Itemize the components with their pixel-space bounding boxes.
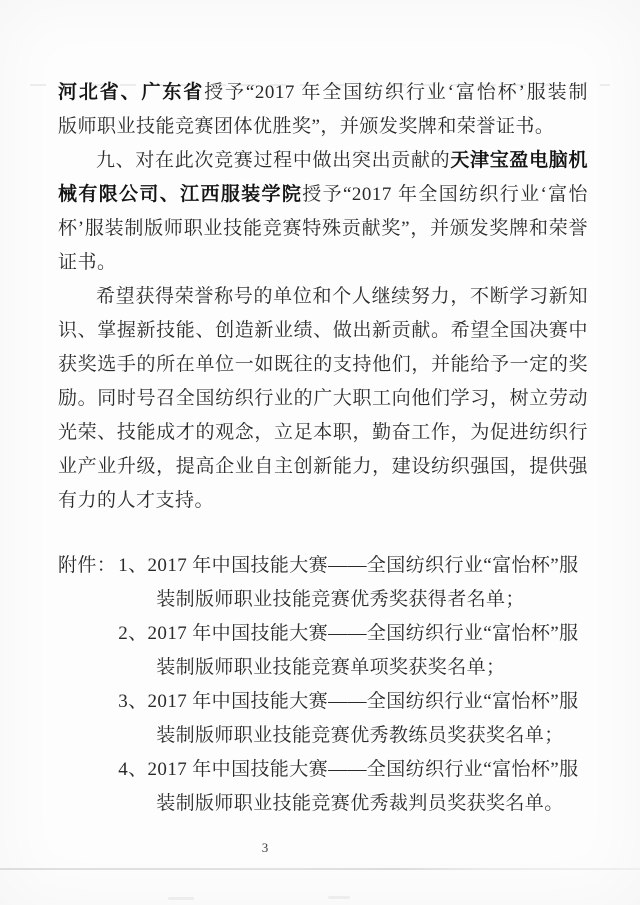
attachment-list: 1、2017 年中国技能大赛——全国纺织行业“富怡杯”服装制版师职业技能竞赛优秀… [118,549,603,821]
attachment-item: 3、2017 年中国技能大赛——全国纺织行业“富怡杯”服装制版师职业技能竞赛优秀… [118,685,603,753]
text-line: 获奖选手的所在单位一如既往的支持他们，并能给予一定的奖 [58,348,588,382]
text-line: 版师职业技能竞赛团体优胜奖”，并颁发奖牌和荣誉证书。 [58,110,588,144]
bold-text-segment: 河北省、广东省 [58,82,204,103]
text-segment: 获奖选手的所在单位一如既往的支持他们，并能给予一定的奖 [58,354,588,375]
text-line: 业产业升级，提高企业自主创新能力，建设纺织强国，提供强 [58,450,588,484]
attachment-item-line2: 装制版师职业技能竞赛优秀裁判员奖获奖名单。 [156,787,603,821]
attachment-item-text: 2017 年中国技能大赛——全国纺织行业“富怡杯”服 [148,691,579,712]
text-line: 希望获得荣誉称号的单位和个人继续努力，不断学习新知 [58,280,588,314]
attachment-item-line2: 装制版师职业技能竞赛优秀教练员奖获奖名单； [156,719,603,753]
attachment-item-text: 2017 年中国技能大赛——全国纺织行业“富怡杯”服 [148,759,579,780]
text-line: 河北省、广东省授予“2017 年全国纺织行业‘富怡杯’服装制 [58,76,588,110]
text-segment: 有力的人才支持。 [58,490,214,511]
attachment-item-text: 2017 年中国技能大赛——全国纺织行业“富怡杯”服 [148,623,579,644]
document-body: 河北省、广东省授予“2017 年全国纺织行业‘富怡杯’服装制版师职业技能竞赛团体… [58,76,588,518]
bold-text-segment: 天津宝盈电脑机 [450,150,588,171]
attachment-item-line1: 4、2017 年中国技能大赛——全国纺织行业“富怡杯”服 [118,753,603,787]
page-number: 3 [0,840,530,856]
attachment-block: 附件： 1、2017 年中国技能大赛——全国纺织行业“富怡杯”服装制版师职业技能… [58,549,603,821]
attachment-item: 4、2017 年中国技能大赛——全国纺织行业“富怡杯”服装制版师职业技能竞赛优秀… [118,753,603,821]
text-line: 励。同时号召全国纺织行业的广大职工向他们学习，树立劳动 [58,382,588,416]
attachment-item-line1: 1、2017 年中国技能大赛——全国纺织行业“富怡杯”服 [118,549,603,583]
text-segment: 杯’服装制版师职业技能竞赛特殊贡献奖”，并颁发奖牌和荣誉 [58,218,588,239]
scan-artifact-smudge [168,897,194,900]
text-line: 有力的人才支持。 [58,484,588,518]
attachment-item-number: 1、 [118,555,147,576]
attachment-item: 1、2017 年中国技能大赛——全国纺织行业“富怡杯”服装制版师职业技能竞赛优秀… [118,549,603,617]
attachment-item: 2、2017 年中国技能大赛——全国纺织行业“富怡杯”服装制版师职业技能竞赛单项… [118,617,603,685]
bold-text-segment: 械有限公司、江西服装学院 [58,184,302,205]
text-segment: 励。同时号召全国纺织行业的广大职工向他们学习，树立劳动 [58,388,588,409]
text-segment: 授予“2017 年全国纺织行业‘富怡杯’服装制 [204,82,588,103]
text-line: 械有限公司、江西服装学院授予“2017 年全国纺织行业‘富怡 [58,178,588,212]
attachment-item-line2: 装制版师职业技能竞赛单项奖获奖名单； [156,651,603,685]
attachment-item-line1: 3、2017 年中国技能大赛——全国纺织行业“富怡杯”服 [118,685,603,719]
attachment-item-number: 4、 [118,759,147,780]
text-segment: 授予“2017 年全国纺织行业‘富怡 [302,184,588,205]
text-segment: 业产业升级，提高企业自主创新能力，建设纺织强国，提供强 [58,456,588,477]
text-segment: 九、对在此次竞赛过程中做出突出贡献的 [96,150,450,171]
attachment-item-line1: 2、2017 年中国技能大赛——全国纺织行业“富怡杯”服 [118,617,603,651]
text-segment: 证书。 [58,252,117,273]
text-line: 九、对在此次竞赛过程中做出突出贡献的天津宝盈电脑机 [58,144,588,178]
text-line: 识、掌握新技能、创造新业绩、做出新贡献。希望全国决赛中 [58,314,588,348]
scan-artifact-rule [0,868,640,870]
text-segment: 识、掌握新技能、创造新业绩、做出新贡献。希望全国决赛中 [58,320,588,341]
text-segment: 光荣、技能成才的观念，立足本职，勤奋工作，为促进纺织行 [58,422,588,443]
text-line: 光荣、技能成才的观念，立足本职，勤奋工作，为促进纺织行 [58,416,588,450]
attachment-item-text: 2017 年中国技能大赛——全国纺织行业“富怡杯”服 [148,555,579,576]
attachment-item-number: 3、 [118,691,147,712]
text-segment: 版师职业技能竞赛团体优胜奖”，并颁发奖牌和荣誉证书。 [58,116,554,137]
text-segment: 希望获得荣誉称号的单位和个人继续努力，不断学习新知 [96,286,588,307]
text-line: 杯’服装制版师职业技能竞赛特殊贡献奖”，并颁发奖牌和荣誉 [58,212,588,246]
text-line: 证书。 [58,246,588,280]
attachment-item-line2: 装制版师职业技能竞赛优秀奖获得者名单； [156,583,603,617]
scan-artifact-smudge [328,896,350,899]
scanned-document-page: 河北省、广东省授予“2017 年全国纺织行业‘富怡杯’服装制版师职业技能竞赛团体… [0,0,640,905]
attachment-label: 附件： [58,549,116,583]
attachment-item-number: 2、 [118,623,147,644]
